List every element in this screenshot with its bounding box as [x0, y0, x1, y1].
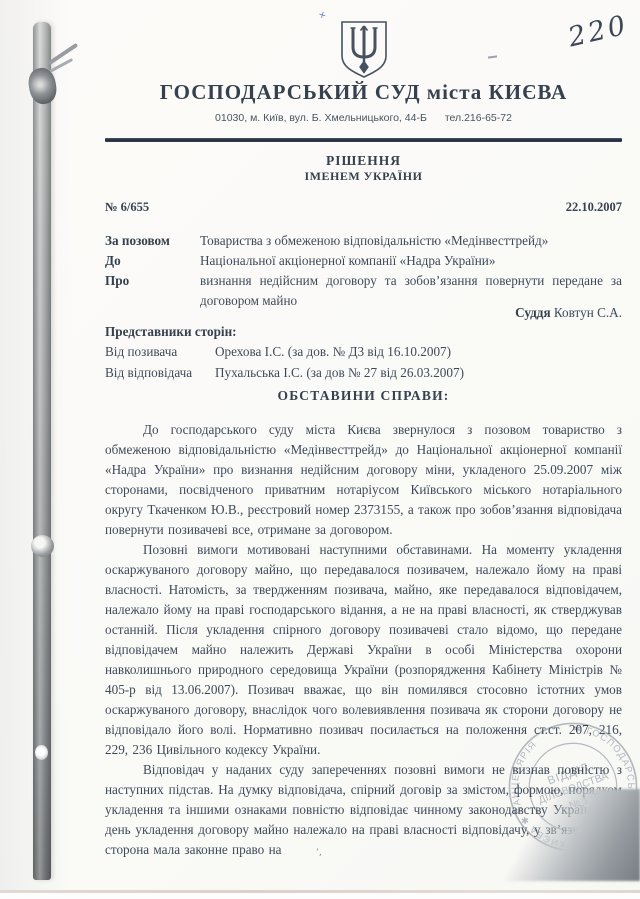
court-name: ГОСПОДАРСЬКИЙ СУД міста КИЄВА — [105, 80, 622, 105]
representative-value: Пухальська І.С. (за дов № 27 від 26.03.2… — [215, 363, 464, 384]
case-number: № 6/655 — [105, 200, 149, 214]
section-heading: ОБСТАВИНИ СПРАВИ: — [105, 388, 622, 404]
tryzub-emblem-icon — [339, 20, 389, 80]
party-label: До — [105, 251, 200, 271]
party-label: За позовом — [105, 231, 200, 251]
judge-label: Суддя — [515, 305, 550, 320]
court-address-street: 01030, м. Київ, вул. Б. Хмельницького, 4… — [215, 112, 427, 124]
party-value: Товариства з обмеженою відповідальністю … — [200, 231, 622, 251]
corner-shadow — [490, 789, 640, 881]
representative-label: Від відповідача — [105, 363, 215, 384]
decision-date: 22.10.2007 — [566, 200, 622, 215]
emblem-wrap — [105, 20, 622, 85]
binding-knot-middle — [31, 535, 54, 557]
header-divider — [105, 138, 622, 142]
page-bottom-edge-line — [0, 890, 640, 893]
representatives-heading: Представники сторін: — [105, 324, 237, 340]
binding-knot-bottom — [35, 745, 48, 760]
representative-row: Від позивача Орехова І.С. (за дов. № Д3 … — [105, 342, 622, 363]
judge-line: Суддя Ковтун С.А. — [105, 305, 622, 321]
court-address: 01030, м. Київ, вул. Б. Хмельницького, 4… — [105, 112, 622, 124]
party-value: Національної акціонерної компанії «Надра… — [200, 251, 622, 271]
judge-name: Ковтун С.А. — [554, 305, 622, 320]
decision-title: РІШЕННЯ — [105, 153, 622, 169]
scanned-page: 220 + ’, ГОСПОДАРСЬКИЙ СУД міста КИЄВА — [0, 0, 640, 899]
representatives-table: Від позивача Орехова І.С. (за дов. № Д3 … — [105, 342, 622, 383]
case-meta-row: № 6/655 22.10.2007 — [105, 200, 622, 215]
court-phone: тел.216-65-72 — [445, 112, 512, 124]
parties-table: За позовом Товариства з обмеженою відпов… — [105, 231, 622, 311]
representative-label: Від позивача — [105, 342, 215, 363]
party-row: До Національної акціонерної компанії «На… — [105, 251, 622, 271]
representative-value: Орехова І.С. (за дов. № Д3 від 16.10.200… — [215, 342, 451, 363]
facts-paragraph: До господарського суду міста Києва зверн… — [105, 420, 622, 540]
party-row: За позовом Товариства з обмеженою відпов… — [105, 231, 622, 251]
binding-knot-top — [26, 66, 59, 106]
decision-subtitle: ІМЕНЕМ УКРАЇНИ — [105, 169, 622, 184]
representative-row: Від відповідача Пухальська І.С. (за дов … — [105, 363, 622, 384]
